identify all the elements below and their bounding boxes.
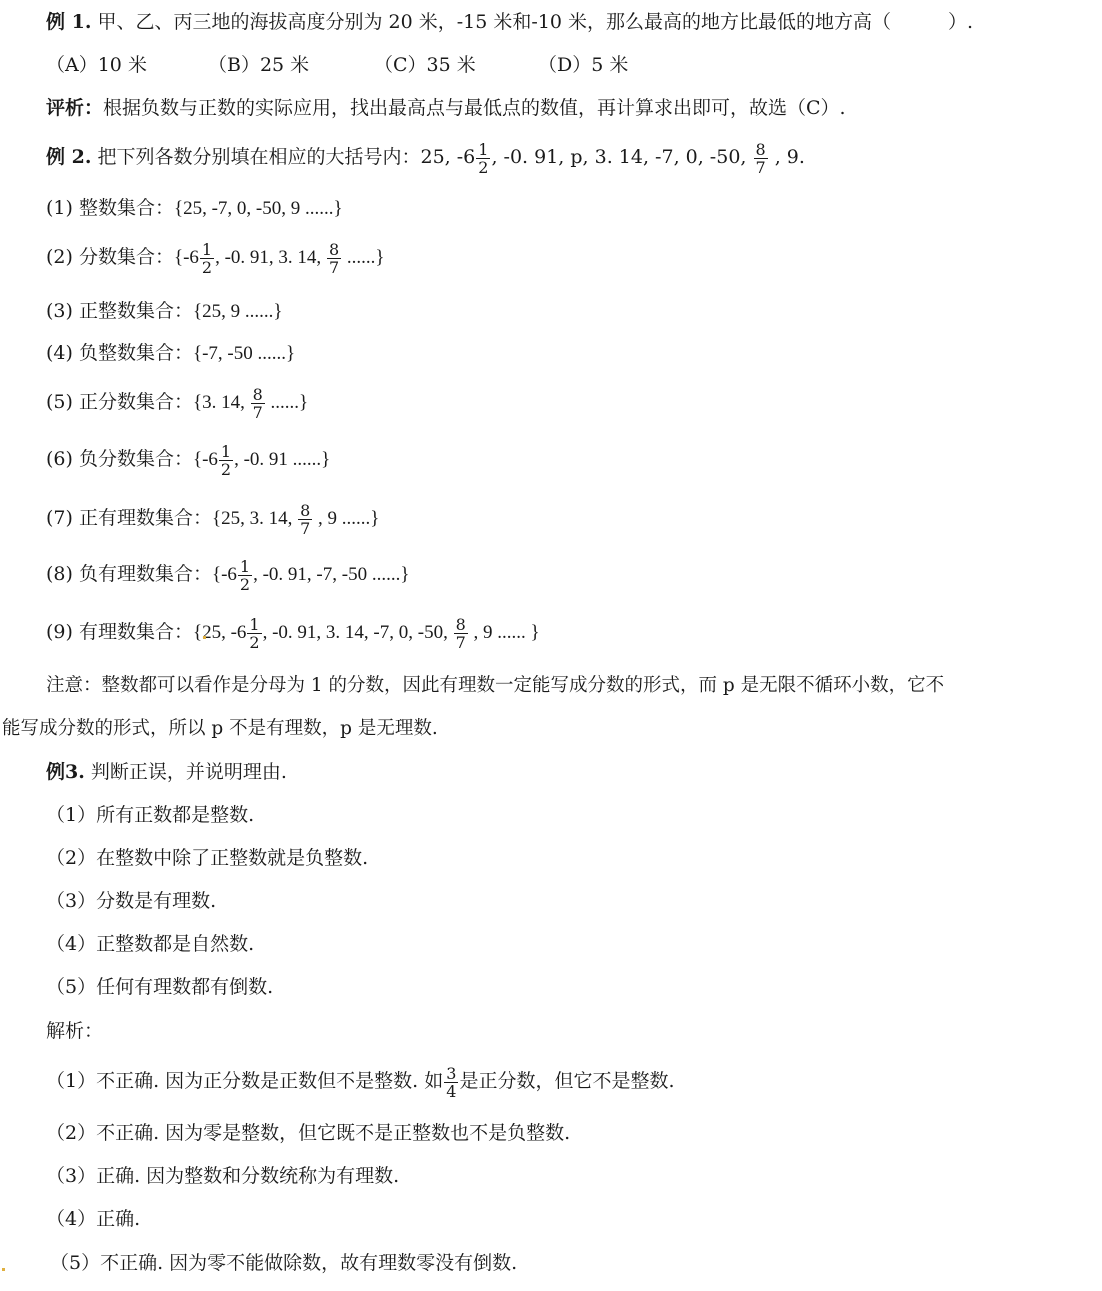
- set-value-pre: {25, -6: [193, 622, 246, 643]
- set-value-mid: , -0. 91, 3. 14, -7, 0, -50,: [263, 622, 453, 643]
- ex1-question-line: 例 1. 甲、乙、丙三地的海拔高度分别为 20 米，-15 米和-10 米，那么…: [46, 10, 973, 34]
- set-value-post: , 9 ...... }: [469, 622, 540, 643]
- answer-post: 是正分数，但它不是整数.: [459, 1070, 674, 1092]
- set-label: (1) 整数集合：: [46, 197, 174, 219]
- set-value-pre: {-6: [193, 449, 218, 470]
- fraction-one-half: 12: [219, 443, 233, 478]
- set-label: (6) 负分数集合：: [46, 448, 193, 470]
- ex2-prompt-mid: , -0. 91, p, 3. 14, -7, 0, -50,: [491, 146, 752, 168]
- set-value-post: , -0. 91 ......}: [234, 449, 330, 470]
- ex3-statement-4: （4）正整数都是自然数.: [46, 932, 254, 956]
- ex3-label: 例3.: [46, 761, 85, 783]
- ex3-answer-2: （2）不正确. 因为零是整数，但它既不是正整数也不是负整数.: [46, 1121, 570, 1145]
- fraction-one-half: 12: [247, 616, 261, 651]
- set-label: (8) 负有理数集合：: [46, 563, 212, 585]
- ex2-note-line2: 能写成分数的形式，所以 p 不是有理数，p 是无理数.: [2, 717, 438, 741]
- set-value-post: , 9 ......}: [313, 508, 379, 529]
- set-value: {25, 9 ......}: [193, 301, 283, 322]
- set-label: (4) 负整数集合：: [46, 342, 193, 364]
- ex1-options: （A）10 米（B）25 米（C）35 米（D）5 米: [46, 53, 628, 77]
- set-label: (3) 正整数集合：: [46, 300, 193, 322]
- ex3-answer-5: （5）不正确. 因为零不能做除数，故有理数零没有倒数.: [50, 1251, 517, 1275]
- fraction-eight-sevenths: 87: [327, 241, 341, 276]
- set-positive-integers: (3) 正整数集合：{25, 9 ......}: [46, 299, 282, 324]
- set-label: (7) 正有理数集合：: [46, 507, 212, 529]
- fraction-eight-sevenths: 87: [251, 386, 265, 421]
- set-integers: (1) 整数集合：{25, -7, 0, -50, 9 ......}: [46, 196, 343, 221]
- set-value-post: , -0. 91, -7, -50 ......}: [253, 564, 409, 585]
- stray-mark: [2, 1268, 5, 1271]
- ex1-option-d: （D）5 米: [538, 54, 628, 76]
- fraction-one-half: 12: [476, 141, 490, 176]
- set-value-pre: {25, 3. 14,: [212, 508, 297, 529]
- ex3-statement-2: （2）在整数中除了正整数就是负整数.: [46, 846, 368, 870]
- fraction-one-half: 12: [200, 241, 214, 276]
- ex2-note-line1: 注意：整数都可以看作是分母为 1 的分数，因此有理数一定能写成分数的形式，而 p…: [46, 674, 944, 698]
- set-label: (5) 正分数集合：: [46, 391, 193, 413]
- ex3-statement-1: （1）所有正数都是整数.: [46, 803, 254, 827]
- ex1-label: 例 1.: [46, 11, 91, 33]
- set-positive-rationals: (7) 正有理数集合：{25, 3. 14, 87 , 9 ......}: [46, 497, 379, 540]
- ex3-answer-1: （1）不正确. 因为正分数是正数但不是整数. 如34是正分数，但它不是整数.: [46, 1060, 674, 1102]
- set-negative-rationals: (8) 负有理数集合：{-612, -0. 91, -7, -50 ......…: [46, 553, 409, 596]
- answer-pre: （1）不正确. 因为正分数是正数但不是整数. 如: [46, 1070, 443, 1092]
- ex2-label: 例 2.: [46, 146, 91, 168]
- set-value-pre: {3. 14,: [193, 392, 250, 413]
- ex1-option-a: （A）10 米: [46, 53, 208, 77]
- ex2-prompt-line: 例 2. 把下列各数分别填在相应的大括号内：25, -612, -0. 91, …: [46, 137, 805, 177]
- set-positive-fractions: (5) 正分数集合：{3. 14, 87 ......}: [46, 381, 308, 424]
- ex1-option-c: （C）35 米: [374, 53, 538, 77]
- ex2-prompt: 把下列各数分别填在相应的大括号内：25,: [98, 146, 457, 168]
- ex3-answer-4: （4）正确.: [46, 1207, 140, 1231]
- stray-mark: [203, 636, 206, 639]
- set-fractions: (2) 分数集合：{-612, -0. 91, 3. 14, 87 ......…: [46, 236, 385, 279]
- ex1-question: 甲、乙、丙三地的海拔高度分别为 20 米，-15 米和-10 米，那么最高的地方…: [98, 11, 974, 33]
- set-value-pre: {-6: [212, 564, 237, 585]
- set-negative-fractions: (6) 负分数集合：{-612, -0. 91 ......}: [46, 438, 330, 481]
- ex2-mixed-whole: -6: [457, 146, 476, 168]
- set-label: (9) 有理数集合：: [46, 621, 193, 643]
- fraction-eight-sevenths: 87: [298, 502, 312, 537]
- ex2-prompt-end: , 9.: [769, 146, 805, 168]
- ex1-option-b: （B）25 米: [208, 53, 374, 77]
- set-value: {25, -7, 0, -50, 9 ......}: [174, 198, 343, 219]
- set-value-pre: {-6: [174, 247, 199, 268]
- set-negative-integers: (4) 负整数集合：{-7, -50 ......}: [46, 341, 295, 366]
- ex3-prompt: 判断正误，并说明理由.: [91, 761, 287, 783]
- fraction-eight-sevenths: 87: [454, 616, 468, 651]
- ex1-analysis: 评析：根据负数与正数的实际应用，找出最高点与最低点的数值，再计算求出即可，故选（…: [46, 96, 846, 120]
- ex3-statement-3: （3）分数是有理数.: [46, 889, 216, 913]
- fraction-three-quarters: 34: [444, 1065, 458, 1100]
- ex1-analysis-text: 根据负数与正数的实际应用，找出最高点与最低点的数值，再计算求出即可，故选（C）.: [103, 97, 846, 119]
- ex1-analysis-label: 评析：: [46, 97, 103, 119]
- set-label: (2) 分数集合：: [46, 246, 174, 268]
- set-value-mid: , -0. 91, 3. 14,: [215, 247, 326, 268]
- fraction-one-half: 12: [238, 558, 252, 593]
- set-value-post: ......}: [342, 247, 384, 268]
- ex3-analysis-label: 解析：: [46, 1019, 103, 1043]
- set-value-post: ......}: [266, 392, 308, 413]
- set-rationals: (9) 有理数集合：{25, -612, -0. 91, 3. 14, -7, …: [46, 611, 540, 654]
- ex3-answer-3: （3）正确. 因为整数和分数统称为有理数.: [46, 1164, 399, 1188]
- ex3-statement-5: （5）任何有理数都有倒数.: [46, 975, 273, 999]
- set-value: {-7, -50 ......}: [193, 343, 295, 364]
- ex3-prompt-line: 例3. 判断正误，并说明理由.: [46, 760, 287, 784]
- fraction-eight-sevenths: 87: [754, 141, 768, 176]
